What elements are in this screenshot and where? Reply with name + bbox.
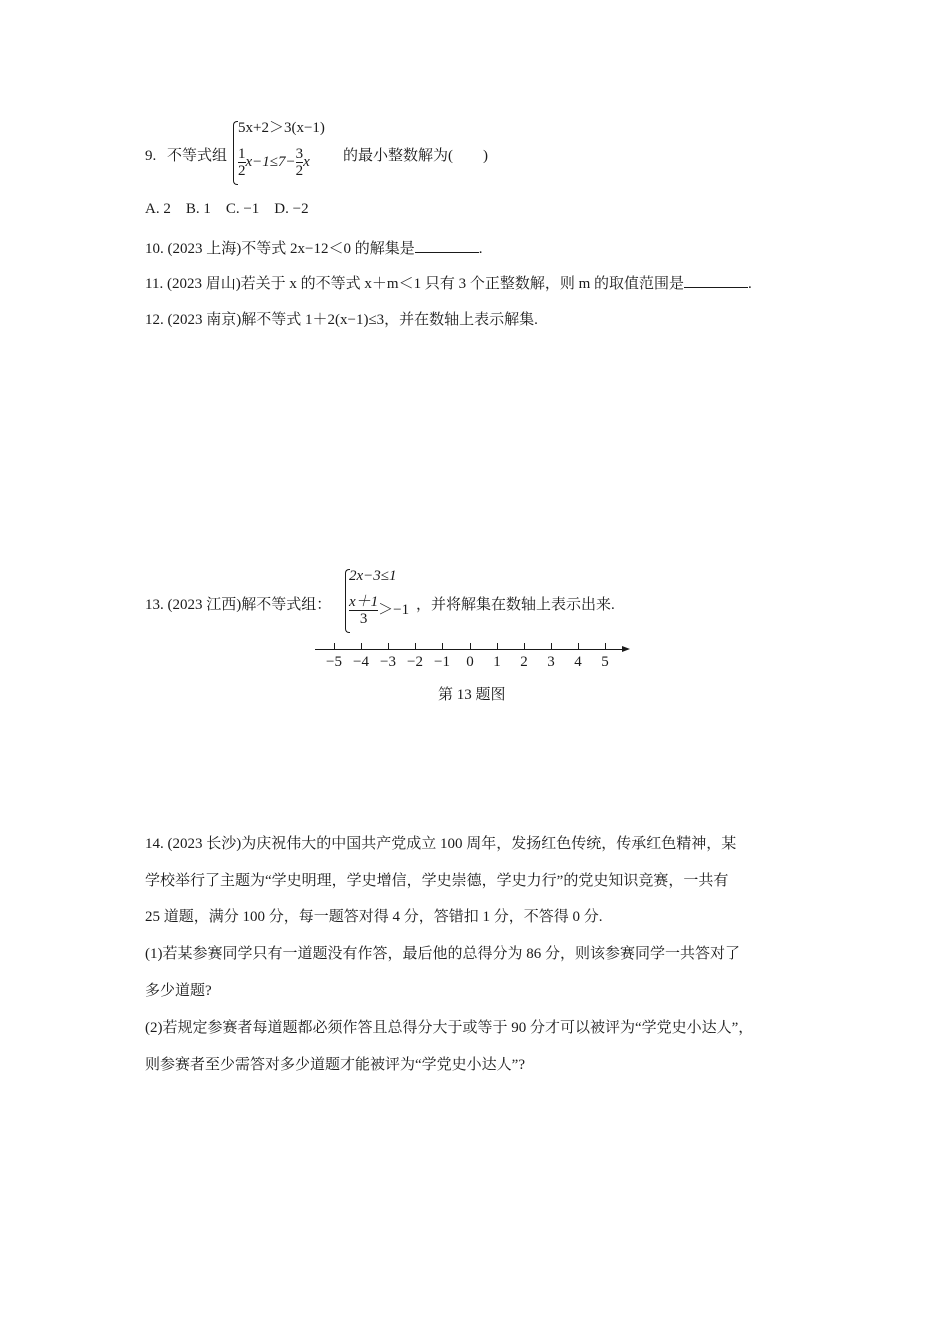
q9-fraction-1: 12 bbox=[238, 146, 246, 179]
tick-label: −5 bbox=[322, 654, 346, 671]
arrow-right-icon bbox=[622, 646, 630, 652]
q14-line-3: 25 道题，满分 100 分，每一题答对得 4 分，答错扣 1 分，不答得 0 … bbox=[145, 907, 603, 927]
q9-options: A. 2 B. 1 C. −1 D. −2 bbox=[145, 199, 309, 219]
tick-label: 3 bbox=[539, 654, 563, 671]
number-line-axis bbox=[315, 649, 625, 650]
q11-answer-blank[interactable] bbox=[684, 273, 748, 288]
q14-part-2-line-1: (2)若规定参赛者每道题都必须作答且总得分大于或等于 90 分才可以被评为“学党… bbox=[145, 1018, 753, 1038]
q13-fraction: x＋13 bbox=[349, 594, 378, 627]
q14-part-2-line-2: 则参赛者至少需答对多少道题才能被评为“学党史小达人”? bbox=[145, 1055, 525, 1075]
tick-label: 2 bbox=[512, 654, 536, 671]
q13-inequality-1: 2x−3≤1 bbox=[349, 566, 397, 586]
q9-suffix: 的最小整数解为( ) bbox=[343, 146, 488, 166]
tick-label: −3 bbox=[376, 654, 400, 671]
q13-inequality-2: x＋13＞−1 bbox=[349, 594, 409, 627]
tick-label: 5 bbox=[593, 654, 617, 671]
q9-prefix: 不等式组 bbox=[167, 146, 227, 166]
q13-suffix: ，并将解集在数轴上表示出来. bbox=[416, 595, 615, 615]
tick-label: 0 bbox=[458, 654, 482, 671]
q9-inequality-1: 5x+2＞3(x−1) bbox=[238, 118, 325, 138]
question-12: 12. (2023 南京)解不等式 1＋2(x−1)≤3，并在数轴上表示解集. bbox=[145, 310, 538, 330]
question-10: 10. (2023 上海)不等式 2x−12＜0 的解集是. bbox=[145, 238, 482, 259]
q14-part-1-line-2: 多少道题? bbox=[145, 981, 212, 1001]
q9-inequality-2: 12x−1≤7−32x bbox=[238, 146, 310, 179]
q12-text: 12. (2023 南京)解不等式 1＋2(x−1)≤3，并在数轴上表示解集. bbox=[145, 312, 538, 328]
q10-text: 10. (2023 上海)不等式 2x−12＜0 的解集是 bbox=[145, 241, 415, 257]
q14-line-1: 14. (2023 长沙)为庆祝伟大的中国共产党成立 100 周年，发扬红色传统… bbox=[145, 834, 736, 854]
q10-answer-blank[interactable] bbox=[415, 238, 479, 253]
q14-part-1-line-1: (1)若某参赛同学只有一道题没有作答，最后他的总得分为 86 分，则该参赛同学一… bbox=[145, 944, 740, 964]
tick-label: −1 bbox=[430, 654, 454, 671]
tick-label: −4 bbox=[349, 654, 373, 671]
figure-caption: 第 13 题图 bbox=[438, 685, 506, 705]
question-11: 11. (2023 眉山)若关于 x 的不等式 x＋m＜1 只有 3 个正整数解… bbox=[145, 273, 752, 294]
tick-label: −2 bbox=[403, 654, 427, 671]
q9-number: 9. bbox=[145, 146, 156, 166]
q11-text: 11. (2023 眉山)若关于 x 的不等式 x＋m＜1 只有 3 个正整数解… bbox=[145, 276, 684, 292]
q13-prefix: 13. (2023 江西)解不等式组： bbox=[145, 595, 331, 615]
tick-label: 1 bbox=[485, 654, 509, 671]
q14-line-2: 学校举行了主题为“学史明理，学史增信，学史崇德，学史力行”的党史知识竞赛，一共有 bbox=[145, 871, 728, 891]
tick-label: 4 bbox=[566, 654, 590, 671]
